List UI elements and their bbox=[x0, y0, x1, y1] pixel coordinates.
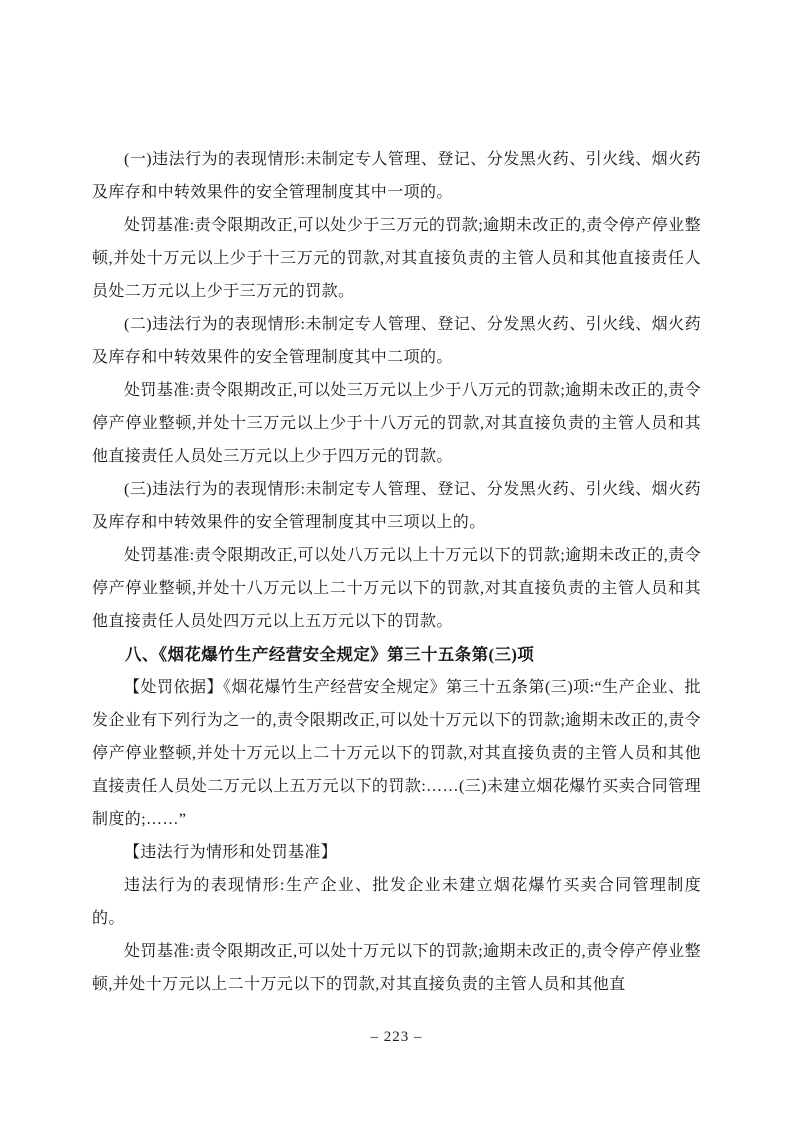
paragraph-item-1-situation: (一)违法行为的表现情形:未制定专人管理、登记、分发黑火药、引火线、烟火药及库存… bbox=[92, 143, 701, 209]
document-body: (一)违法行为的表现情形:未制定专人管理、登记、分发黑火药、引火线、烟火药及库存… bbox=[92, 143, 701, 1001]
paragraph-item-3-penalty: 处罚基准:责令限期改正,可以处八万元以上十万元以下的罚款;逾期未改正的,责令停产… bbox=[92, 539, 701, 638]
paragraph-item-2-situation: (二)违法行为的表现情形:未制定专人管理、登记、分发黑火药、引火线、烟火药及库存… bbox=[92, 308, 701, 374]
paragraph-violation-situation: 违法行为的表现情形:生产企业、批发企业未建立烟花爆竹买卖合同管理制度的。 bbox=[92, 869, 701, 935]
page-number: – 223 – bbox=[0, 1026, 793, 1048]
paragraph-penalty-basis: 【处罚依据】《烟花爆竹生产经营安全规定》第三十五条第(三)项:“生产企业、批发企… bbox=[92, 671, 701, 836]
document-page: (一)违法行为的表现情形:未制定专人管理、登记、分发黑火药、引火线、烟火药及库存… bbox=[0, 0, 793, 1122]
section-heading: 八、《烟花爆竹生产经营安全规定》第三十五条第(三)项 bbox=[92, 638, 701, 671]
paragraph-item-1-penalty: 处罚基准:责令限期改正,可以处少于三万元的罚款;逾期未改正的,责令停产停业整顿,… bbox=[92, 209, 701, 308]
paragraph-item-2-penalty: 处罚基准:责令限期改正,可以处三万元以上少于八万元的罚款;逾期未改正的,责令停产… bbox=[92, 374, 701, 473]
paragraph-label-situations-standards: 【违法行为情形和处罚基准】 bbox=[92, 836, 701, 869]
paragraph-item-3-situation: (三)违法行为的表现情形:未制定专人管理、登记、分发黑火药、引火线、烟火药及库存… bbox=[92, 473, 701, 539]
paragraph-penalty-standard: 处罚基准:责令限期改正,可以处十万元以下的罚款;逾期未改正的,责令停产停业整顿,… bbox=[92, 935, 701, 1001]
